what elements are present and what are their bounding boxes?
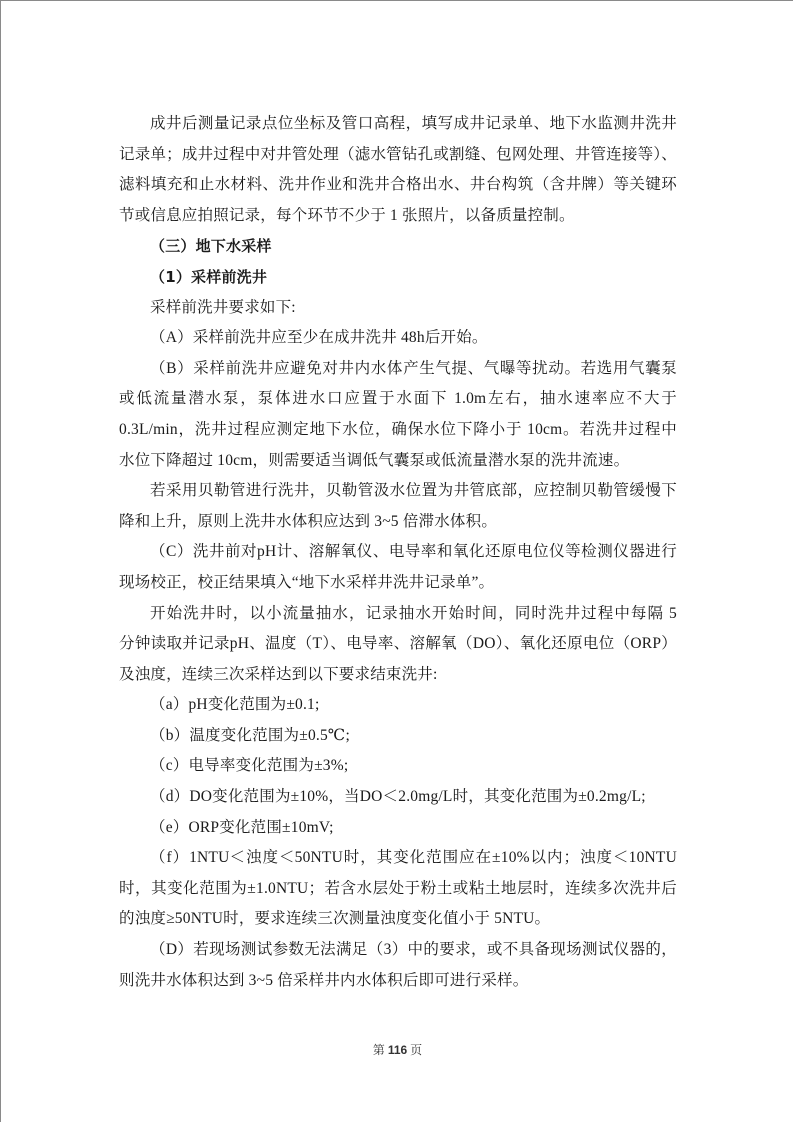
text-line: 分钟读取并记录pH、温度（T）、电导率、溶解氧（DO）、氧化还原电位（ORP）: [119, 629, 677, 660]
criterion-do: （d）DO变化范围为±10%，当DO＜2.0mg/L时，其变化范围为±0.2mg…: [119, 782, 677, 813]
text-line: 的浊度≥50NTU时，要求连续三次测量浊度变化值小于 5NTU。: [119, 904, 677, 935]
text-line: 节或信息应拍照记录，每个环节不少于 1 张照片，以备质量控制。: [119, 201, 677, 232]
criterion-turbidity: （f）1NTU＜浊度＜50NTU时，其变化范围应在±10%以内；浊度＜10NTU…: [119, 843, 677, 935]
text-line: 开始洗井时，以小流量抽水，记录抽水开始时间，同时洗井过程中每隔 5: [119, 599, 677, 630]
text-line: 及浊度，连续三次采样达到以下要求结束洗井:: [119, 660, 677, 691]
paragraph-record-keeping: 成井后测量记录点位坐标及管口高程，填写成井记录单、地下水监测井洗井 记录单；成井…: [119, 109, 677, 231]
text-line: 降和上升，原则上洗井水体积应达到 3~5 倍滞水体积。: [119, 507, 677, 538]
paragraph-item-c: （C）洗井前对pH计、溶解氧仪、电导率和氧化还原电位仪等检测仪器进行 现场校正，…: [119, 537, 677, 598]
page-number: 116: [388, 1043, 407, 1057]
text-line: 记录单；成井过程中对井管处理（滤水管钻孔或割缝、包网处理、井管连接等）、: [119, 140, 677, 171]
subsection-heading: （1）采样前洗井: [119, 262, 677, 293]
text-line: 若采用贝勒管进行洗井，贝勒管汲水位置为井管底部，应控制贝勒管缓慢下: [119, 476, 677, 507]
text-line: 水位下降超过 10cm，则需要适当调低气囊泵或低流量潜水泵的洗井流速。: [119, 446, 677, 477]
criterion-orp: （e）ORP变化范围±10mV;: [119, 813, 677, 844]
footer-suffix: 页: [410, 1043, 422, 1057]
paragraph-intro: 采样前洗井要求如下:: [119, 293, 677, 324]
text-line: （B）采样前洗井应避免对井内水体产生气提、气曝等扰动。若选用气囊泵: [119, 354, 677, 385]
text-line: （f）1NTU＜浊度＜50NTU时，其变化范围应在±10%以内；浊度＜10NTU: [119, 843, 677, 874]
paragraph-start-washing: 开始洗井时，以小流量抽水，记录抽水开始时间，同时洗井过程中每隔 5 分钟读取并记…: [119, 599, 677, 691]
paragraph-item-a: （A）采样前洗井应至少在成井洗井 48h后开始。: [119, 323, 677, 354]
footer-prefix: 第: [373, 1043, 385, 1057]
text-line: 现场校正，校正结果填入“地下水采样井洗井记录单”。: [119, 568, 677, 599]
paragraph-item-b: （B）采样前洗井应避免对井内水体产生气提、气曝等扰动。若选用气囊泵 或低流量潜水…: [119, 354, 677, 476]
page-footer: 第 116 页: [1, 1041, 793, 1058]
criterion-conductivity: （c）电导率变化范围为±3%;: [119, 751, 677, 782]
criterion-temperature: （b）温度变化范围为±0.5℃;: [119, 721, 677, 752]
text-line: 则洗井水体积达到 3~5 倍采样井内水体积后即可进行采样。: [119, 966, 677, 997]
paragraph-bailer: 若采用贝勒管进行洗井，贝勒管汲水位置为井管底部，应控制贝勒管缓慢下 降和上升，原…: [119, 476, 677, 537]
text-line: 时，其变化范围为±1.0NTU；若含水层处于粉土或粘土地层时，连续多次洗井后: [119, 874, 677, 905]
text-line: （C）洗井前对pH计、溶解氧仪、电导率和氧化还原电位仪等检测仪器进行: [119, 537, 677, 568]
section-heading: （三）地下水采样: [119, 231, 677, 262]
text-line: 成井后测量记录点位坐标及管口高程，填写成井记录单、地下水监测井洗井: [119, 109, 677, 140]
text-line: 滤料填充和止水材料、洗井作业和洗井合格出水、井台构筑（含井牌）等关键环: [119, 170, 677, 201]
criterion-ph: （a）pH变化范围为±0.1;: [119, 690, 677, 721]
document-body: 成井后测量记录点位坐标及管口高程，填写成井记录单、地下水监测井洗井 记录单；成井…: [119, 109, 677, 996]
text-line: （D）若现场测试参数无法满足（3）中的要求，或不具备现场测试仪器的，: [119, 935, 677, 966]
paragraph-item-d: （D）若现场测试参数无法满足（3）中的要求，或不具备现场测试仪器的， 则洗井水体…: [119, 935, 677, 996]
text-line: 或低流量潜水泵，泵体进水口应置于水面下 1.0m左右，抽水速率应不大于: [119, 384, 677, 415]
text-line: 0.3L/min，洗井过程应测定地下水位，确保水位下降小于 10cm。若洗井过程…: [119, 415, 677, 446]
